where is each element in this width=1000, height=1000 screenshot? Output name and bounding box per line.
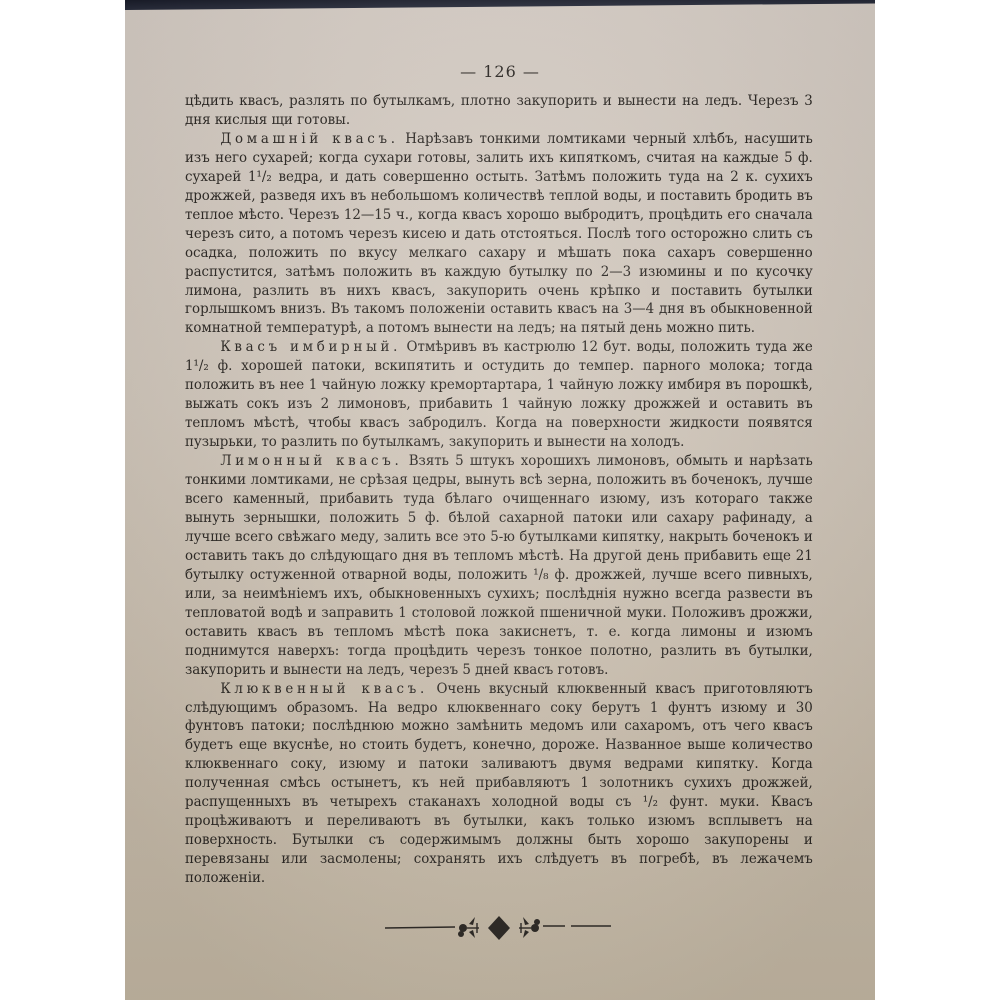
recipe-kvas-imbirny: Квасъ имбирный. Отмѣривъ въ кастрюлю 12 …: [185, 338, 813, 452]
recipe-heading: Клюквенный квасъ.: [220, 681, 428, 697]
page-body: цѣдить квасъ, разлять по бутылкамъ, плот…: [185, 92, 813, 888]
recipe-heading: Квасъ имбирный.: [220, 339, 401, 355]
recipe-heading: Лимонный квасъ.: [220, 453, 402, 469]
recipe-domashniy-kvas: Домашній квасъ. Нарѣзавъ тонкими ломтика…: [185, 130, 813, 338]
paragraph-text: цѣдить квасъ, разлять по бутылкамъ, плот…: [185, 93, 813, 128]
page-number: — 126 —: [125, 62, 875, 81]
recipe-limonny-kvas: Лимонный квасъ. Взять 5 штукъ хорошихъ л…: [185, 452, 813, 679]
recipe-text: Взять 5 штукъ хорошихъ лимоновъ, обмыть …: [185, 453, 813, 677]
recipe-text: Нарѣзавъ тонкими ломтиками черный хлѣбъ,…: [185, 131, 813, 337]
recipe-klyukvenny-kvas: Клюквенный квасъ. Очень вкусный клюквенн…: [185, 680, 813, 888]
recipe-heading: Домашній квасъ.: [220, 131, 398, 147]
floral-diamond-ornament-icon: [125, 912, 875, 942]
recipe-text: Очень вкусный клюквенный квасъ приготовл…: [185, 681, 813, 887]
paragraph-continuation: цѣдить квасъ, разлять по бутылкамъ, плот…: [185, 92, 813, 130]
recipe-text: Отмѣривъ въ кастрюлю 12 бут. воды, полож…: [185, 339, 813, 450]
book-page-photo: — 126 — цѣдить квасъ, разлять по бутылка…: [125, 0, 875, 1000]
book-cover-edge: [125, 0, 875, 10]
